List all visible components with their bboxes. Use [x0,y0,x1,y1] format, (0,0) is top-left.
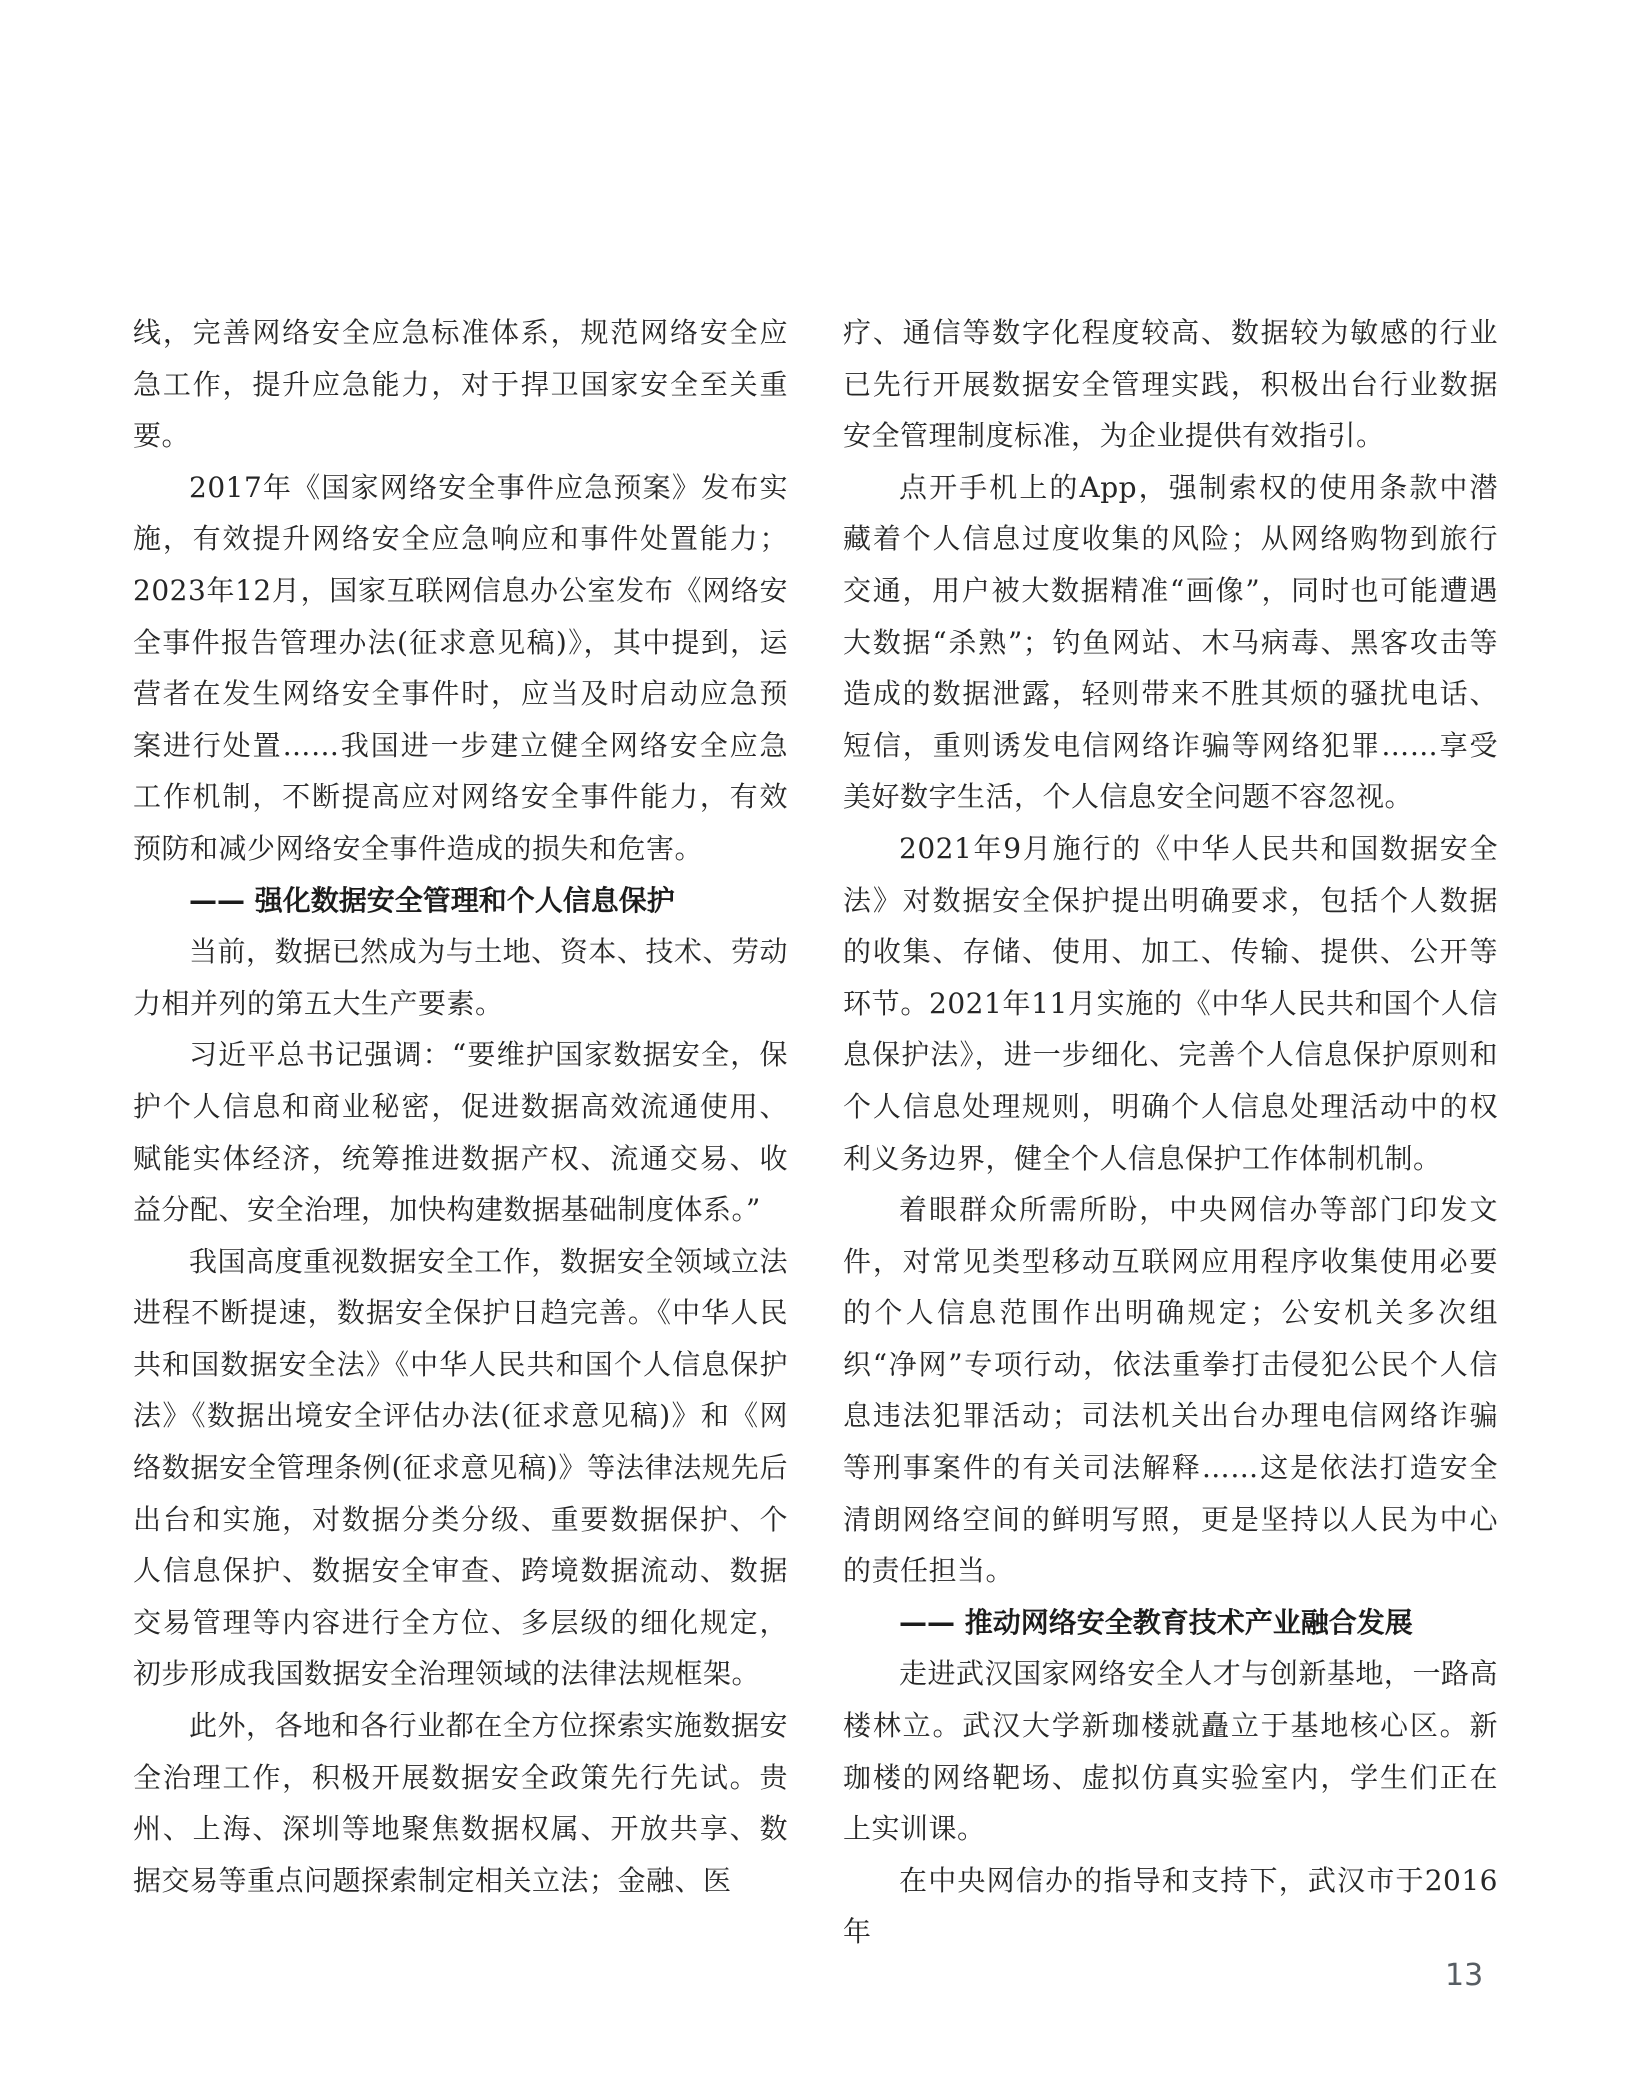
text-column-right: 疗、通信等数字化程度较高、数据较为敏感的行业已先行开展数据安全管理实践，积极出台… [843,307,1498,1958]
paragraph: 点开手机上的App，强制索权的使用条款中潜藏着个人信息过度收集的风险；从网络购物… [843,462,1498,823]
paragraph: 在中央网信办的指导和支持下，武汉市于2016年 [843,1855,1498,1958]
paragraph: 习近平总书记强调：“要维护国家数据安全，保护个人信息和商业秘密，促进数据高效流通… [133,1029,788,1235]
paragraph: 线，完善网络安全应急标准体系，规范网络安全应急工作，提升应急能力，对于捍卫国家安… [133,307,788,462]
paragraph: 2021年9月施行的《中华人民共和国数据安全法》对数据安全保护提出明确要求，包括… [843,823,1498,1184]
paragraph: 我国高度重视数据安全工作，数据安全领域立法进程不断提速，数据安全保护日趋完善。《… [133,1236,788,1700]
page-number: 13 [1445,1958,1483,1994]
paragraph: 2017年《国家网络安全事件应急预案》发布实施，有效提升网络安全应急响应和事件处… [133,462,788,875]
text-column-left: 线，完善网络安全应急标准体系，规范网络安全应急工作，提升应急能力，对于捍卫国家安… [133,307,788,1906]
paragraph: 着眼群众所需所盼，中央网信办等部门印发文件，对常见类型移动互联网应用程序收集使用… [843,1184,1498,1597]
paragraph: 当前，数据已然成为与土地、资本、技术、劳动力相并列的第五大生产要素。 [133,926,788,1029]
paragraph: 走进武汉国家网络安全人才与创新基地，一路高楼林立。武汉大学新珈楼就矗立于基地核心… [843,1648,1498,1854]
paragraph: 疗、通信等数字化程度较高、数据较为敏感的行业已先行开展数据安全管理实践，积极出台… [843,307,1498,462]
document-page: 线，完善网络安全应急标准体系，规范网络安全应急工作，提升应急能力，对于捍卫国家安… [0,0,1625,2079]
section-heading: —— 强化数据安全管理和个人信息保护 [133,875,788,927]
paragraph: 此外，各地和各行业都在全方位探索实施数据安全治理工作，积极开展数据安全政策先行先… [133,1700,788,1906]
section-heading: —— 推动网络安全教育技术产业融合发展 [843,1597,1498,1649]
